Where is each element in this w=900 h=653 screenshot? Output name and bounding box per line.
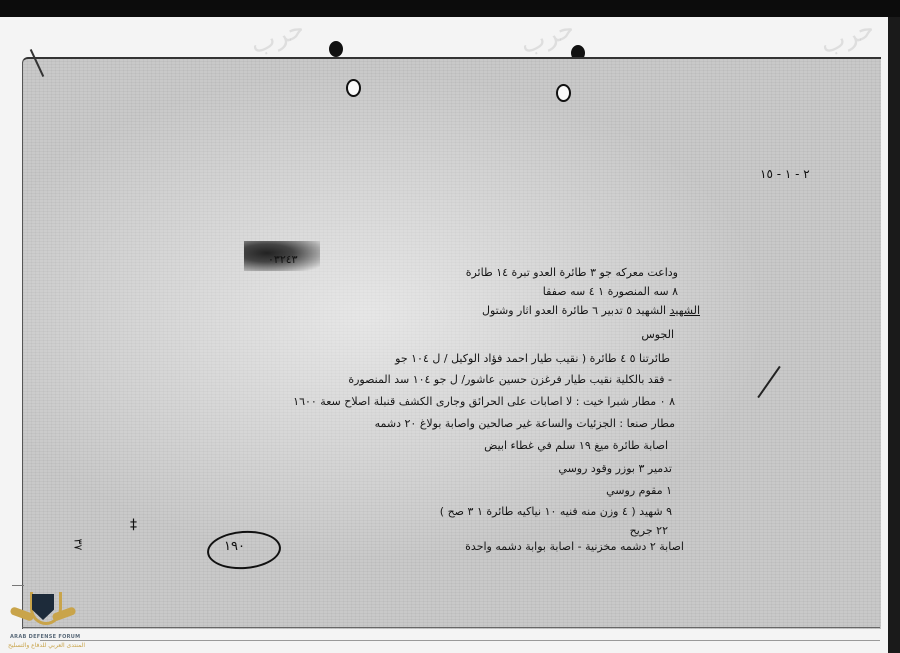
divider bbox=[12, 585, 24, 586]
report-line-5: طائرتنا ٥ ٤ طائرة ( نقيب طيار احمد فؤاد … bbox=[395, 352, 670, 365]
document-date: ٢ - ١ - ١٥ bbox=[760, 167, 810, 181]
report-line-14: اصابة ٢ دشمه مخزنية - اصابة بوابة دشمه و… bbox=[465, 540, 684, 553]
report-line-2: ٨ سه المنصورة ١ ٤ سه صفقا bbox=[543, 285, 678, 298]
report-line-7: ٨ ٠ مطار شبرا خيت : لا اصابات على الحرائ… bbox=[293, 395, 675, 408]
report-line-8: مطار صنعا : الجزئيات والساعة غير صالحين … bbox=[375, 417, 675, 430]
report-line-13: ٢٢ جريح bbox=[630, 524, 668, 537]
report-line-3: الشهيد الشهيد ٥ تدبير ٦ طائرة العدو اثار… bbox=[482, 304, 700, 317]
report-line-12: ٩ شهيد ( ٤ وزن منه فنيه ١٠ نياكيه طائرة … bbox=[440, 505, 672, 518]
margin-number: ٣٧ bbox=[71, 539, 84, 551]
logo-text: ARAB DEFENSE FORUM bbox=[10, 634, 80, 640]
report-line-6: - فقد بالكلية نقيب طيار فرغزن حسين عاشور… bbox=[348, 373, 672, 386]
report-line-10: تدمير ٣ بوزر وقود روسي bbox=[558, 462, 672, 475]
divider bbox=[40, 640, 880, 641]
margin-mark: ‡ bbox=[130, 517, 137, 533]
reference-number: ٠٣٢٤٣ bbox=[268, 253, 298, 266]
report-line-11: ١ مقوم روسي bbox=[606, 484, 672, 497]
report-line-4: الجوس bbox=[641, 328, 674, 341]
report-line-9: اصابة طائرة ميغ ١٩ سلم في غطاء ابيض bbox=[484, 439, 668, 452]
punch-hole-icon bbox=[329, 41, 343, 57]
divider bbox=[22, 627, 880, 628]
document-body bbox=[22, 57, 881, 629]
underlined-heading: الشهيد bbox=[670, 304, 700, 317]
circled-number: ١٩٠ bbox=[224, 539, 245, 554]
logo-text-arabic: المنتدى العربي للدفاع والتسليح bbox=[8, 642, 85, 649]
scan-edge bbox=[888, 17, 900, 653]
ring-hole-icon bbox=[556, 84, 571, 102]
report-line-1: وداعت معركه جو ٣ طائرة العدو تبرة ١٤ طائ… bbox=[466, 266, 678, 279]
ring-hole-icon bbox=[346, 79, 361, 97]
